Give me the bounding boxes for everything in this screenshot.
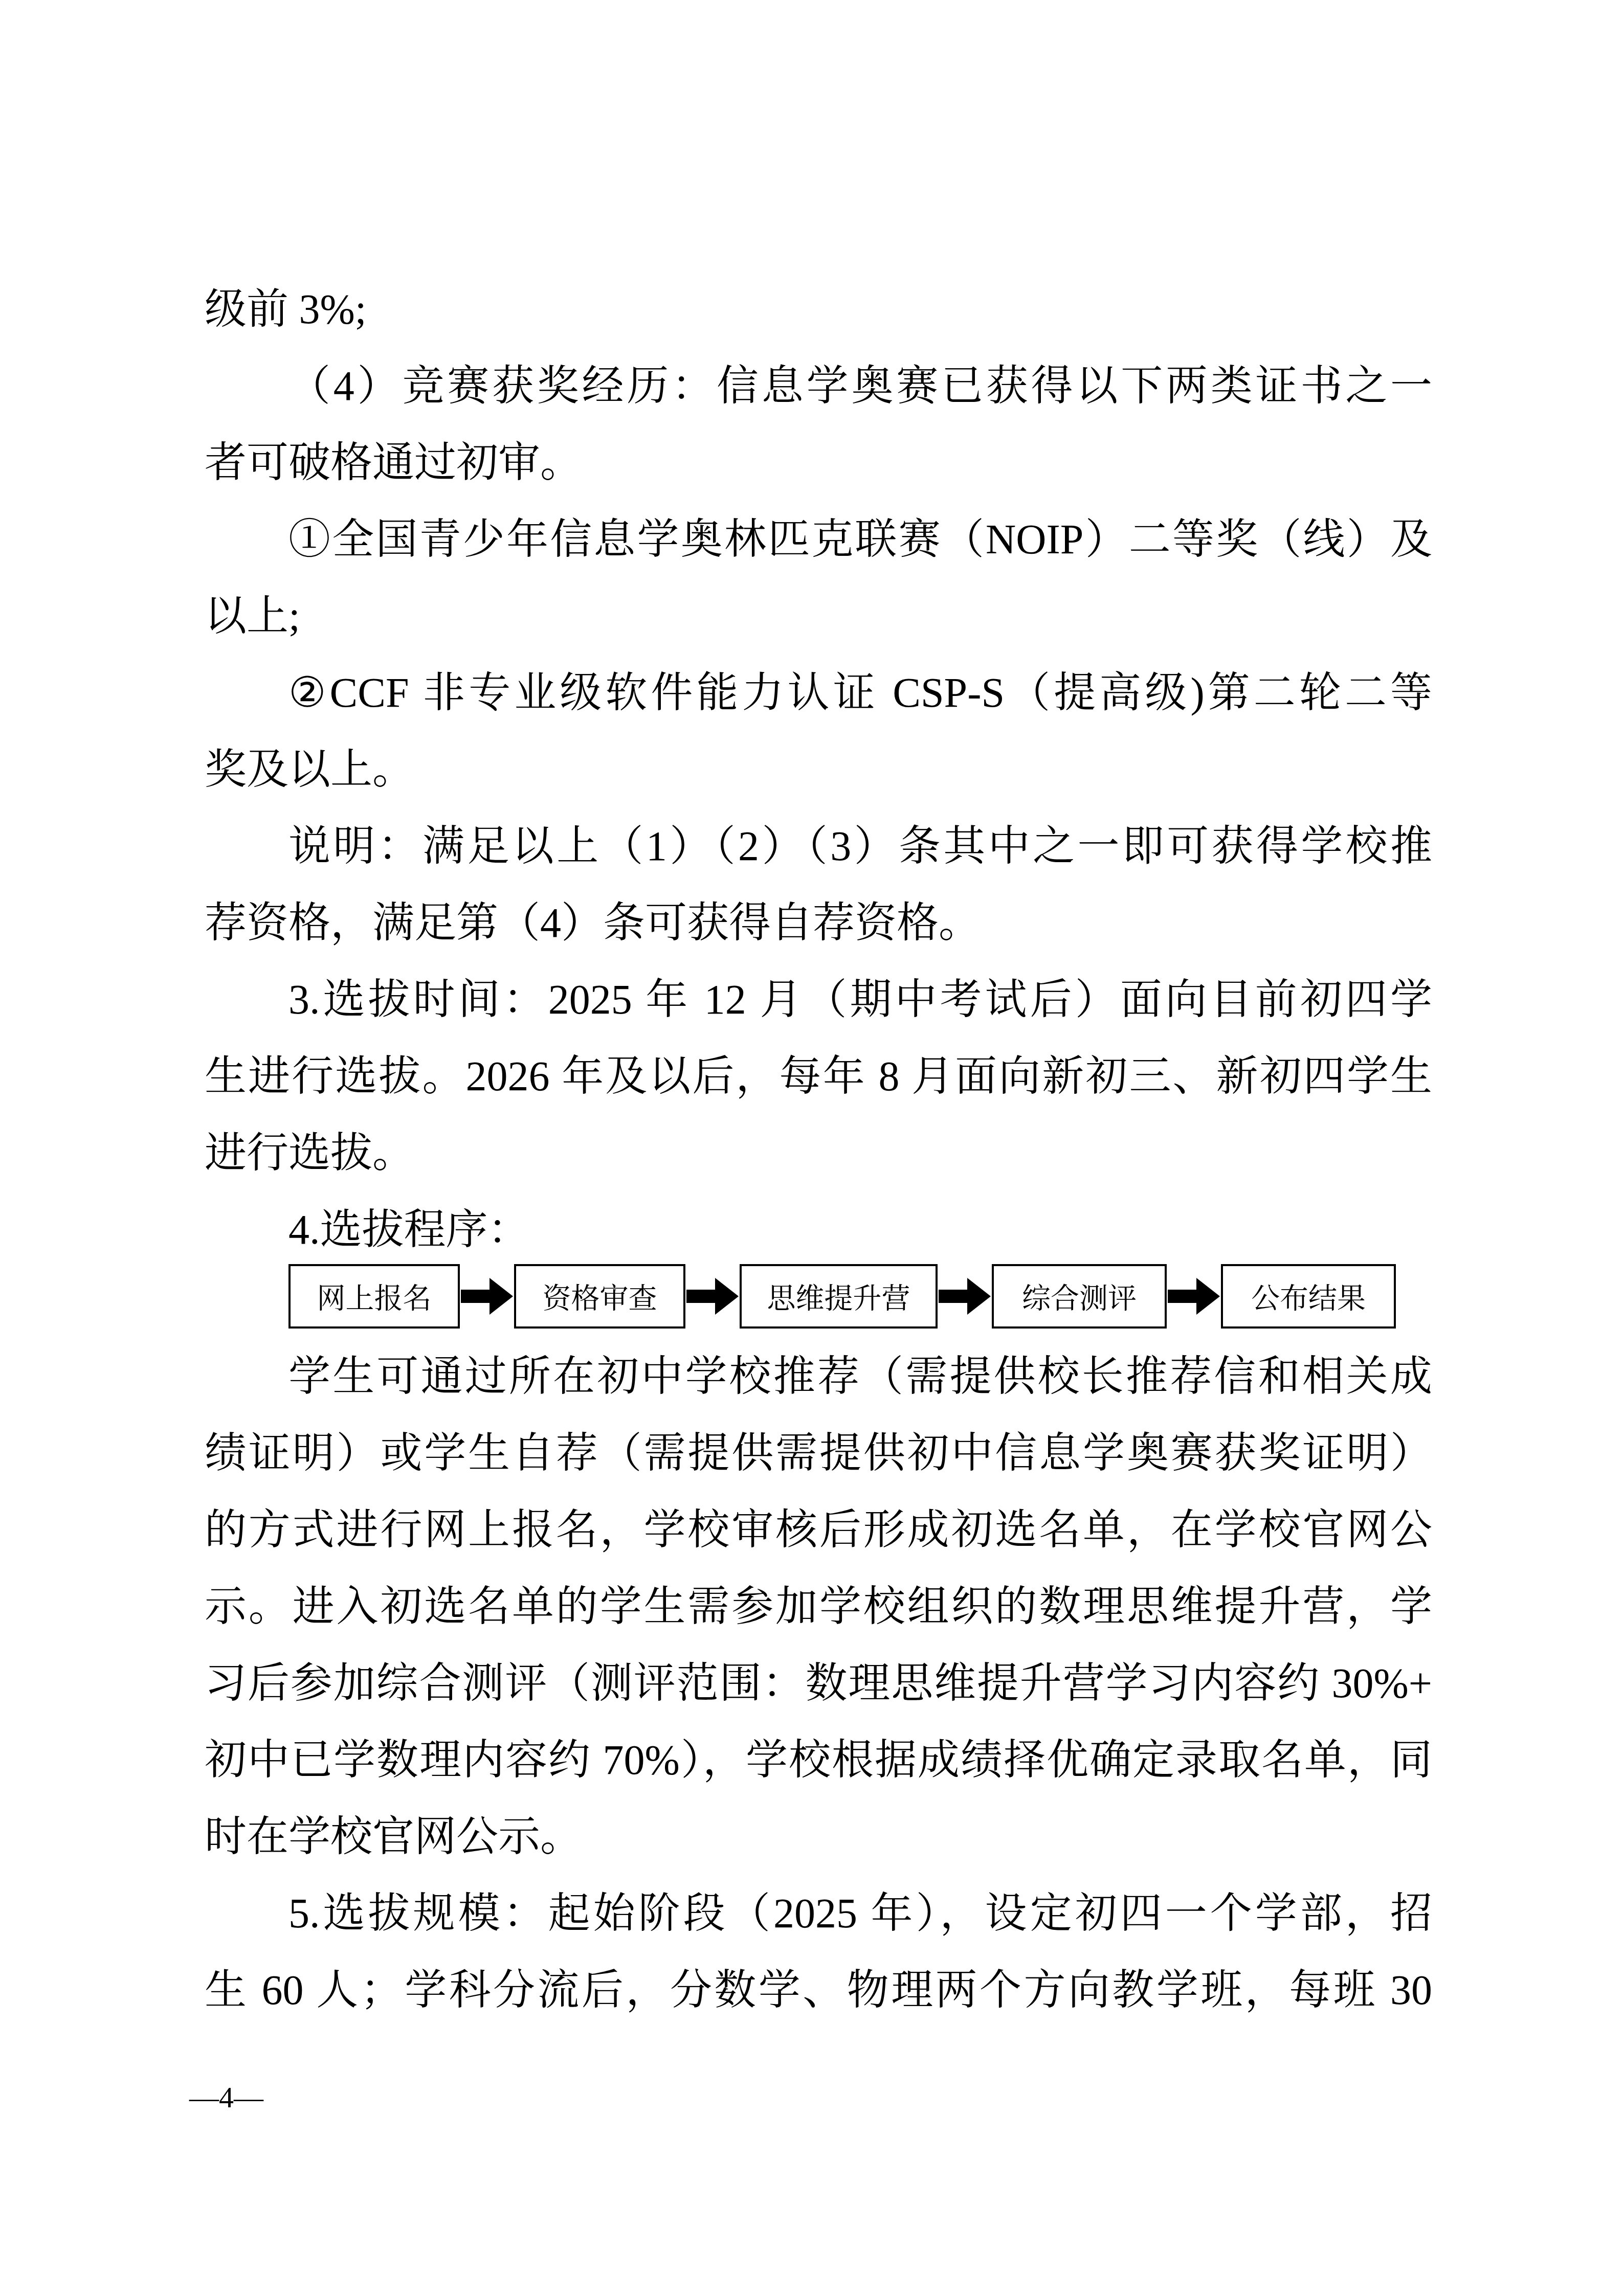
text-line: 荐资格，满足第（4）条可获得自荐资格。	[205, 885, 1432, 961]
text-line: 者可破格通过初审。	[205, 424, 1432, 501]
text-line: 示。进入初选名单的学生需参加学校组织的数理思维提升营，学	[205, 1568, 1432, 1645]
text-line: 生 60 人；学科分流后，分数学、物理两个方向教学班，每班 30	[205, 1952, 1432, 2029]
text-line: （4）竞赛获奖经历：信息学奥赛已获得以下两类证书之一	[205, 348, 1432, 424]
text-line: 进行选拔。	[205, 1115, 1432, 1191]
page-number: —4—	[189, 2082, 263, 2113]
document-page: 级前 3%;（4）竞赛获奖经历：信息学奥赛已获得以下两类证书之一者可破格通过初审…	[0, 0, 1624, 2296]
text-line: 生进行选拔。2026 年及以后，每年 8 月面向新初三、新初四学生	[205, 1038, 1432, 1115]
text-line: 5.选拔规模：起始阶段（2025 年），设定初四一个学部，招	[205, 1875, 1432, 1952]
flow-arrow-icon	[1167, 1264, 1221, 1329]
text-line: 时在学校官网公示。	[205, 1798, 1432, 1875]
flowchart-step-box: 网上报名	[288, 1264, 460, 1329]
text-line: 初中已学数理内容约 70%），学校根据成绩择优确定录取名单，同	[205, 1722, 1432, 1798]
text-line: 学生可通过所在初中学校推荐（需提供校长推荐信和相关成	[205, 1338, 1432, 1415]
flow-arrow-icon	[938, 1264, 992, 1329]
text-line: ①全国青少年信息学奥林匹克联赛（NOIP）二等奖（线）及	[205, 501, 1432, 578]
text-body: 级前 3%;（4）竞赛获奖经历：信息学奥赛已获得以下两类证书之一者可破格通过初审…	[205, 271, 1432, 2029]
text-line: ②CCF 非专业级软件能力认证 CSP-S（提高级)第二轮二等	[205, 655, 1432, 731]
flowchart-step-box: 公布结果	[1221, 1264, 1396, 1329]
paragraph-lines-before-flowchart: 级前 3%;（4）竞赛获奖经历：信息学奥赛已获得以下两类证书之一者可破格通过初审…	[205, 271, 1432, 1268]
flowchart-step-box: 思维提升营	[740, 1264, 938, 1329]
text-line: 3.选拔时间：2025 年 12 月（期中考试后）面向目前初四学	[205, 961, 1432, 1038]
selection-process-flowchart: 网上报名资格审查思维提升营综合测评公布结果	[288, 1264, 1432, 1329]
text-line: 绩证明）或学生自荐（需提供需提供初中信息学奥赛获奖证明）	[205, 1415, 1432, 1492]
text-line: 以上;	[205, 578, 1432, 655]
text-line: 说明：满足以上（1）（2）（3）条其中之一即可获得学校推	[205, 808, 1432, 885]
paragraph-lines-after-flowchart: 学生可通过所在初中学校推荐（需提供校长推荐信和相关成绩证明）或学生自荐（需提供需…	[205, 1338, 1432, 2029]
text-line: 的方式进行网上报名，学校审核后形成初选名单，在学校官网公	[205, 1492, 1432, 1568]
text-line: 级前 3%;	[205, 271, 1432, 348]
text-line: 习后参加综合测评（测评范围：数理思维提升营学习内容约 30%+	[205, 1645, 1432, 1722]
flow-arrow-icon	[460, 1264, 514, 1329]
flow-arrow-icon	[685, 1264, 740, 1329]
text-line: 奖及以上。	[205, 731, 1432, 808]
text-line: 4.选拔程序：	[205, 1191, 1432, 1268]
flowchart-step-box: 综合测评	[992, 1264, 1167, 1329]
flowchart-step-box: 资格审查	[514, 1264, 685, 1329]
